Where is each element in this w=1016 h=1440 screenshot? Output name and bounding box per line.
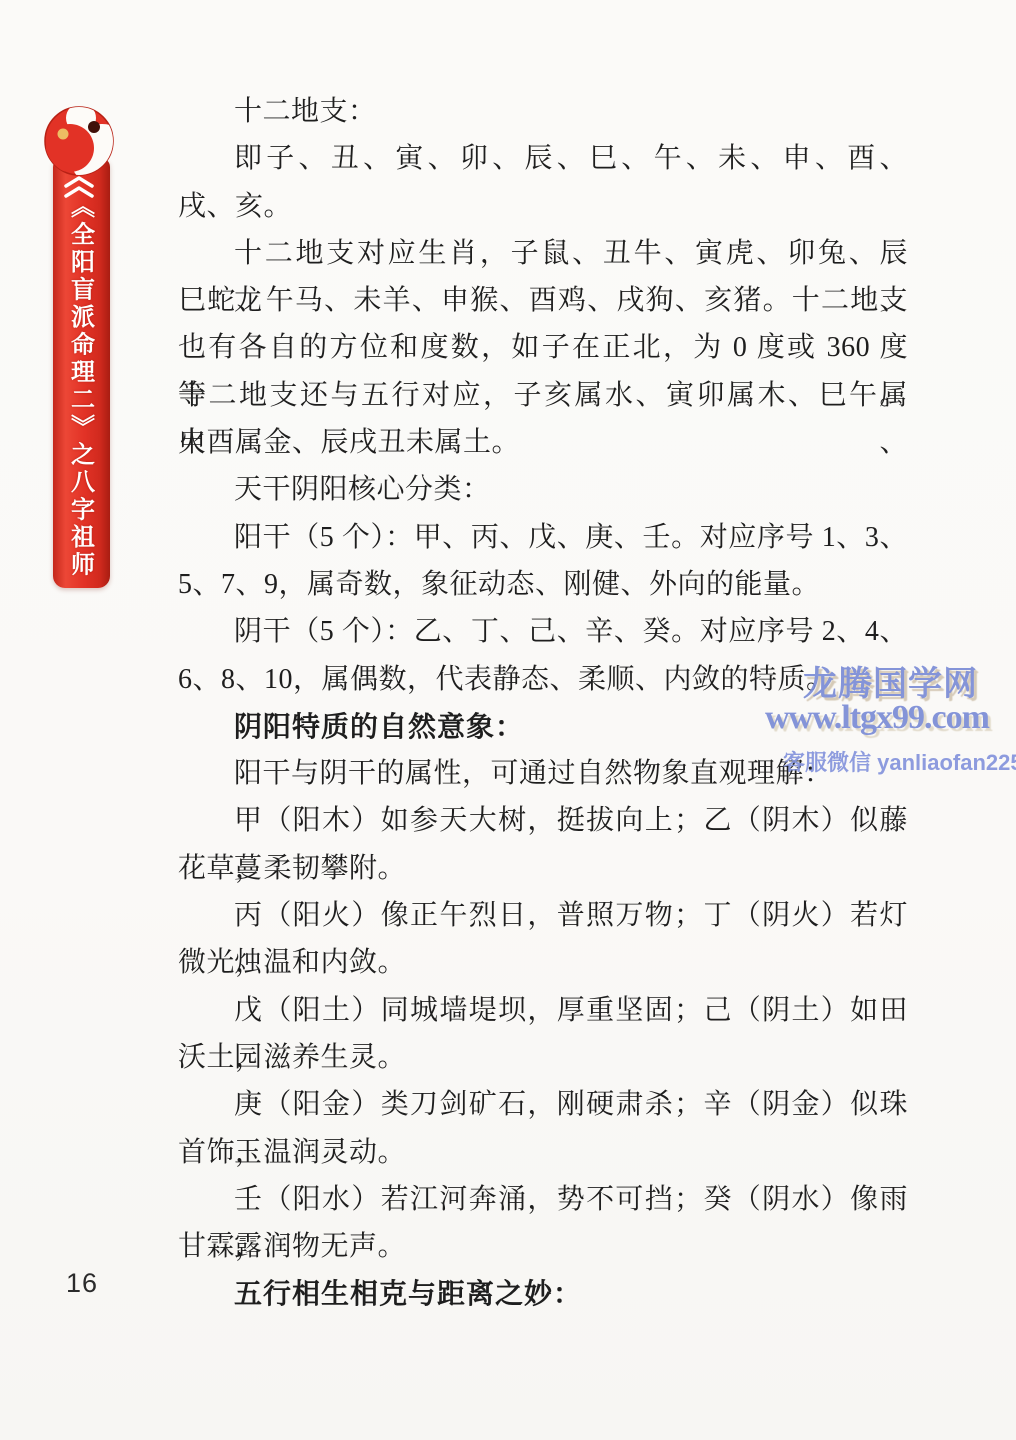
text-line: 戊（阳土）同城墙堤坝，厚重坚固；己（阴土）如田园 bbox=[178, 987, 908, 1034]
watermark-site-name: 龙腾国学网 bbox=[803, 656, 978, 705]
text-line: 阳干（5 个）：甲、丙、戊、庚、壬。对应序号 1、3、 bbox=[178, 514, 908, 561]
text-line: 巳蛇、午马、未羊、申猴、酉鸡、戌狗、亥猪。十二地支 bbox=[178, 277, 908, 324]
bookmark-banner: 《全阳盲派命理二》之八字祖师 bbox=[40, 102, 120, 594]
text-line: 甲（阳木）如参天大树，挺拔向上；乙（阴木）似藤蔓 bbox=[178, 797, 908, 844]
text-line: 十二地支对应生肖，子鼠、丑牛、寅虎、卯兔、辰龙、 bbox=[178, 230, 908, 277]
text-line: 沃土，滋养生灵。 bbox=[178, 1034, 908, 1081]
text-line: 十二地支： bbox=[178, 88, 908, 135]
text-line: 花草，柔韧攀附。 bbox=[178, 845, 908, 892]
text-line: 戌、亥。 bbox=[178, 183, 908, 230]
book-page: 《全阳盲派命理二》之八字祖师 十二地支：即子、丑、寅、卯、辰、巳、午、未、申、酉… bbox=[0, 0, 1016, 1440]
text-line: 也有各自的方位和度数，如子在正北，为 0 度或 360 度等。 bbox=[178, 324, 908, 371]
text-line: 天干阴阳核心分类： bbox=[178, 466, 908, 513]
text-line: 微光，温和内敛。 bbox=[178, 939, 908, 986]
text-line: 庚（阳金）类刀剑矿石，刚硬肃杀；辛（阴金）似珠玉 bbox=[178, 1081, 908, 1128]
yinyang-icon bbox=[40, 102, 118, 204]
text-line: 壬（阳水）若江河奔涌，势不可挡；癸（阴水）像雨露 bbox=[178, 1176, 908, 1223]
watermark-url: www.ltgx99.com bbox=[765, 699, 989, 737]
text-line: 五行相生相克与距离之妙： bbox=[178, 1270, 908, 1317]
text-line: 丙（阳火）像正午烈日，普照万物；丁（阴火）若灯烛 bbox=[178, 892, 908, 939]
bookmark-title: 《全阳盲派命理二》之八字祖师 bbox=[63, 194, 98, 579]
page-number: 16 bbox=[66, 1268, 98, 1299]
text-line: 5、7、9，属奇数，象征动态、刚健、外向的能量。 bbox=[178, 561, 908, 608]
text-line: 6、8、10，属偶数，代表静态、柔顺、内敛的特质。 bbox=[178, 656, 908, 703]
watermark-contact: 客服微信 yanliaofan225 bbox=[783, 746, 1016, 777]
text-line: 甘霖，润物无声。 bbox=[178, 1223, 908, 1270]
text-line: 即子、丑、寅、卯、辰、巳、午、未、申、酉、 bbox=[178, 135, 908, 182]
text-line: 阴干（5 个）：乙、丁、己、辛、癸。对应序号 2、4、 bbox=[178, 608, 908, 655]
text-line: 十二地支还与五行对应，子亥属水、寅卯属木、巳午属火、 bbox=[178, 372, 908, 419]
text-line: 首饰，温润灵动。 bbox=[178, 1129, 908, 1176]
